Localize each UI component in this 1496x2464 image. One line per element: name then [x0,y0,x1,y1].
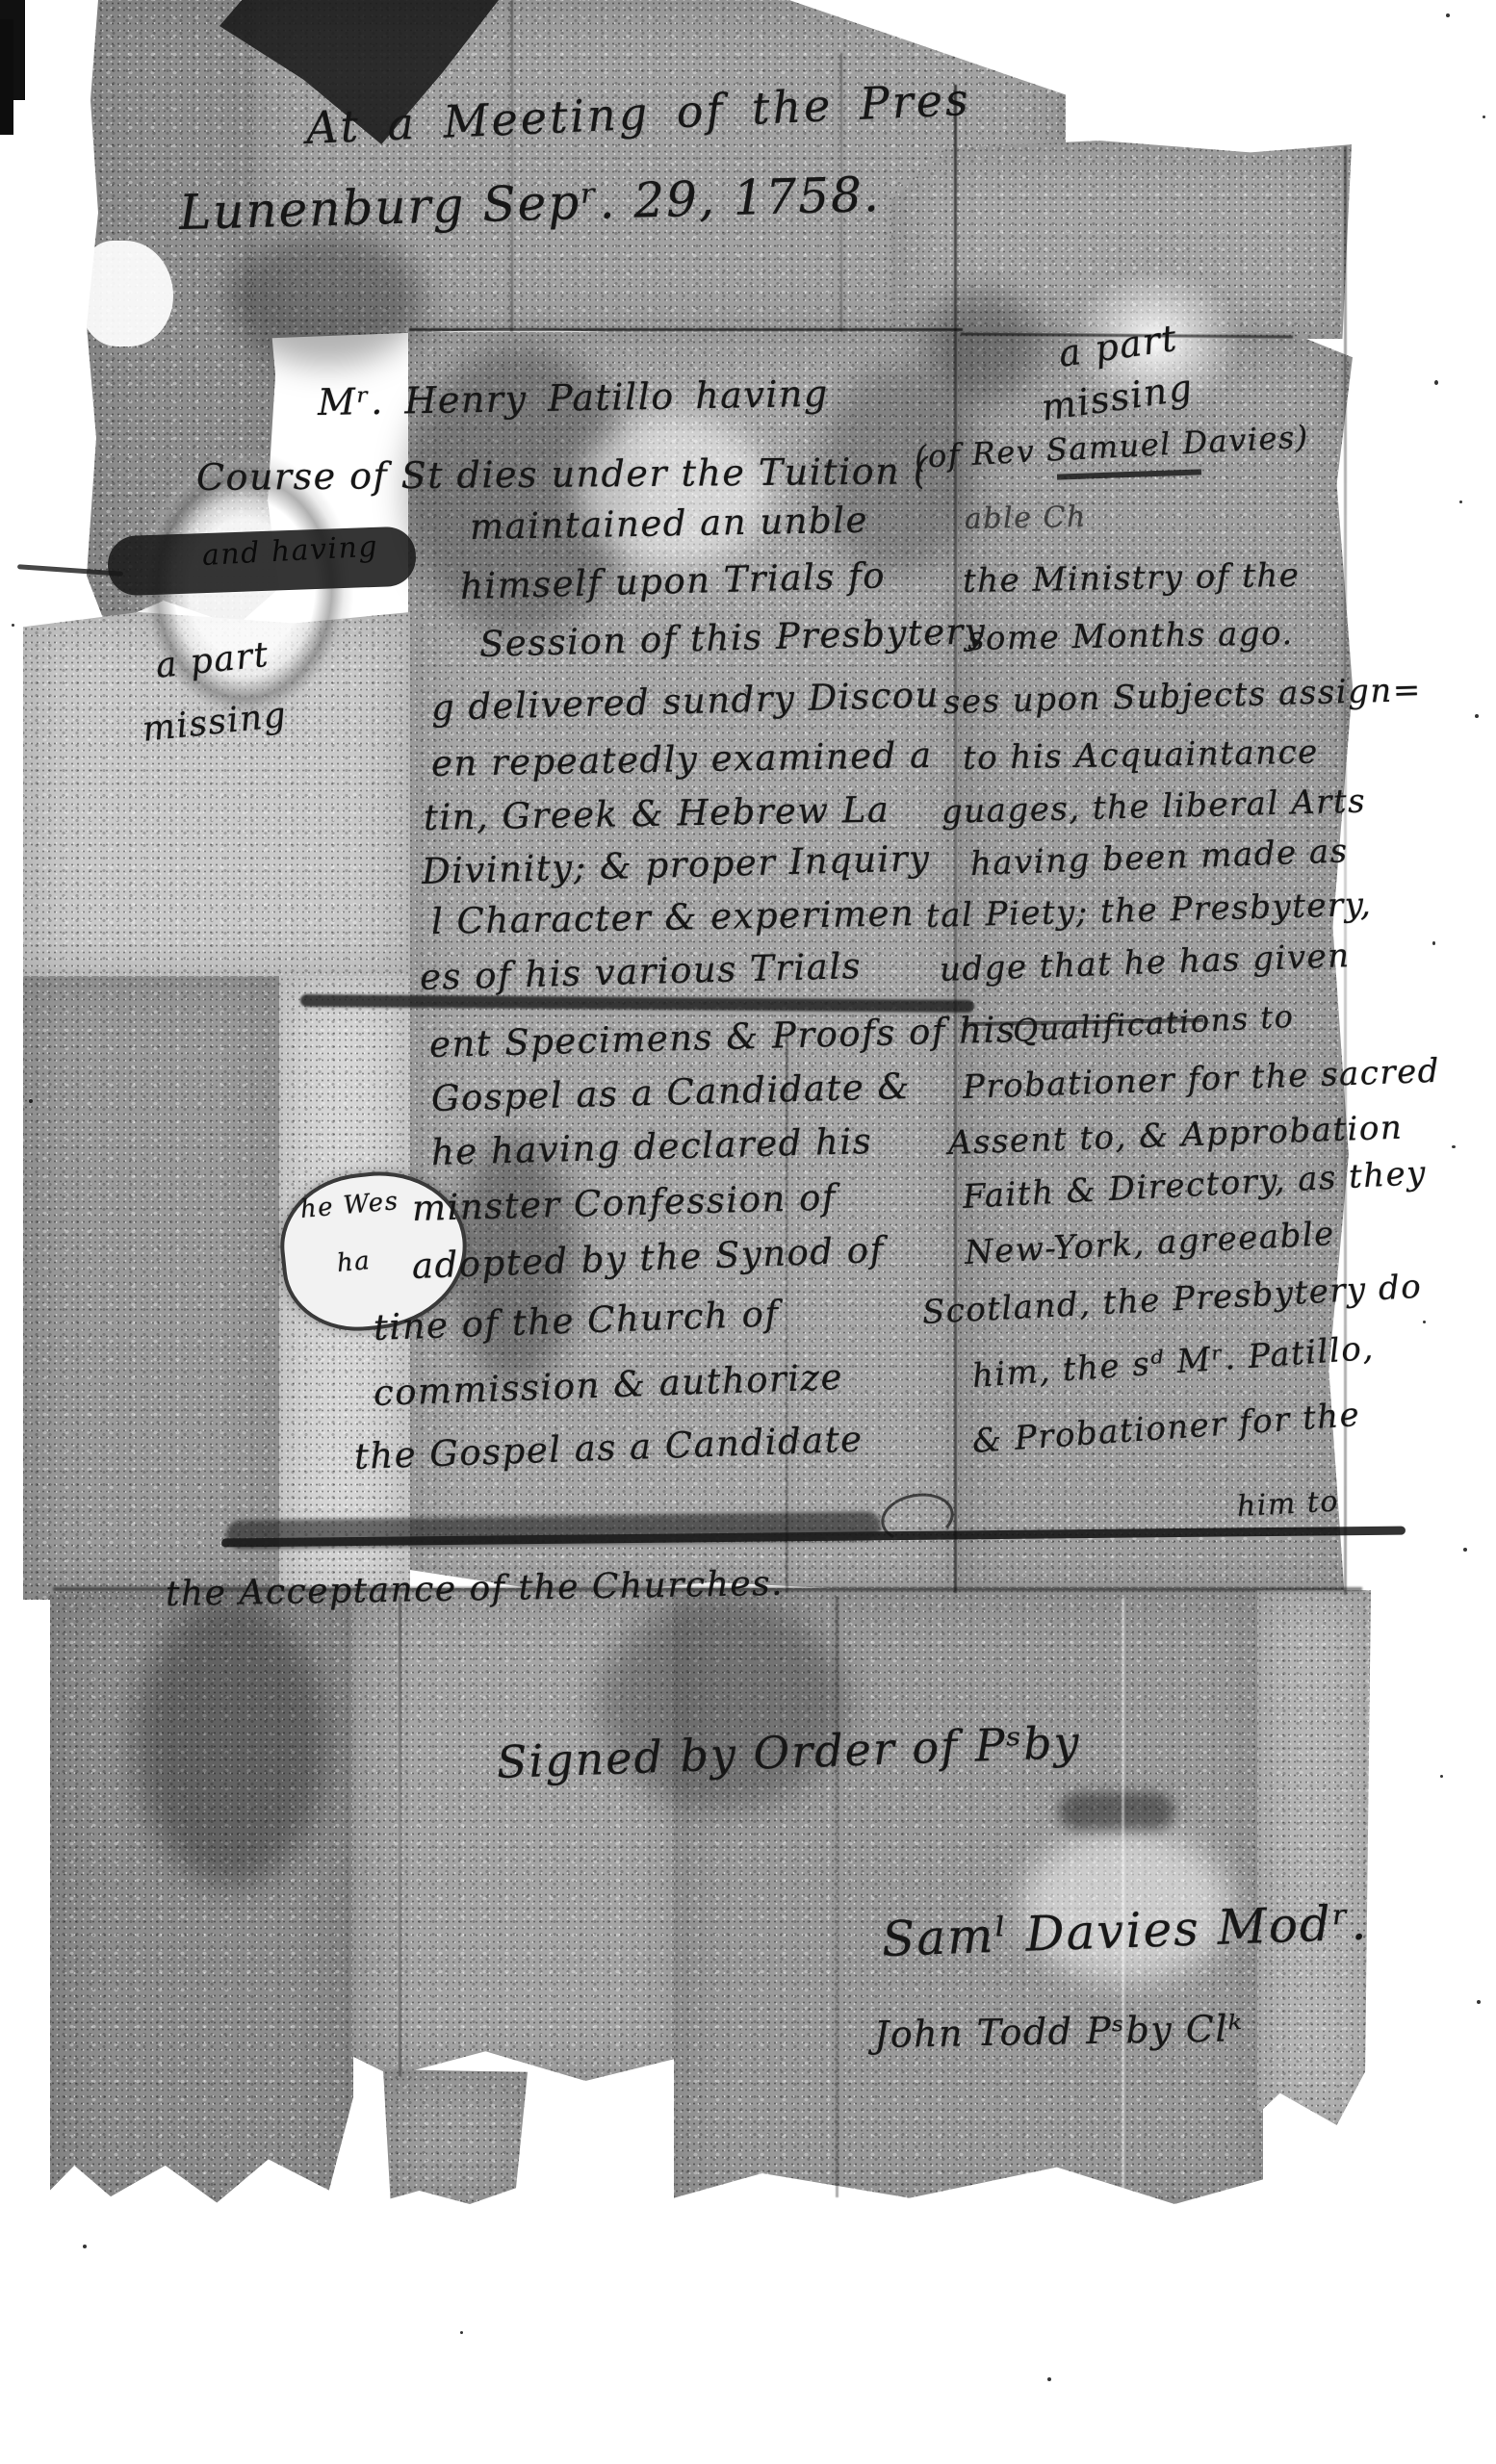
paper-fragment-bottom-left [50,1588,353,2209]
body-opening-line: Mʳ. Henry Patillo having [318,372,830,423]
seam-line-bottom-band [53,1587,1362,1591]
speck [1475,714,1479,718]
manuscript-scan-page: At a Meeting of the Pres Lunenburg Sepʳ.… [0,0,1496,2464]
speck [1452,1145,1456,1148]
speck [12,624,14,627]
fold-crease-main [954,85,957,1593]
body-line-left: l Character & experimen [431,892,916,942]
body-line-left: tin, Greek & Hebrew La [424,789,890,838]
speck [29,1099,33,1103]
paper-fragment-left-lower [23,976,281,1600]
body-tuition-line: Course of St dies under the Tuition ( [196,449,929,499]
signature-clerk: John Todd Pˢby Clᵏ [874,2007,1244,2056]
body-line-right: him to [1236,1484,1340,1524]
speck [1483,115,1485,118]
fold-crease [399,1596,401,2077]
speck [1440,1775,1443,1778]
seam-line-top [409,328,963,331]
speck [83,2245,87,2248]
paper-fragment-left-tall [87,0,279,626]
paper-fragment-right-top [891,141,1352,339]
speck [1446,13,1450,17]
body-line-left: en repeatedly examined a [431,734,933,784]
paper-fragment-bottom-far-right [1257,1590,1371,2125]
fold-crease-light [1122,1598,1124,2194]
paper-fragment-bottom-center-shred [383,2069,528,2204]
paper-fragment-bottom-right [674,1588,1263,2204]
body-line-left: maintained an unble [470,500,869,548]
speck [460,2331,463,2334]
speck [1459,500,1462,503]
fold-crease [786,1032,788,1593]
fragment-text-2: ha [336,1246,373,1278]
body-line-right: able Ch [965,500,1087,536]
speck [1477,2000,1481,2004]
speck [1434,380,1438,385]
body-line-right: some Months ago. [967,614,1294,658]
speck [1047,2377,1051,2381]
body-line-right: the Ministry of the [963,556,1301,601]
fold-crease-right [1344,146,1347,1595]
paper-fragment-left-light-strip [279,976,410,1600]
paper-fragment-bottom-center [352,1588,685,2081]
fold-crease [839,53,842,332]
fold-crease [836,1596,838,2197]
speck [1432,941,1435,945]
body-line-right: to his Acquaintance [963,733,1319,778]
paper-fragment-black-edge-2 [0,19,13,135]
speck [1463,1548,1467,1552]
fold-crease [510,0,513,332]
speck [1423,1321,1426,1323]
